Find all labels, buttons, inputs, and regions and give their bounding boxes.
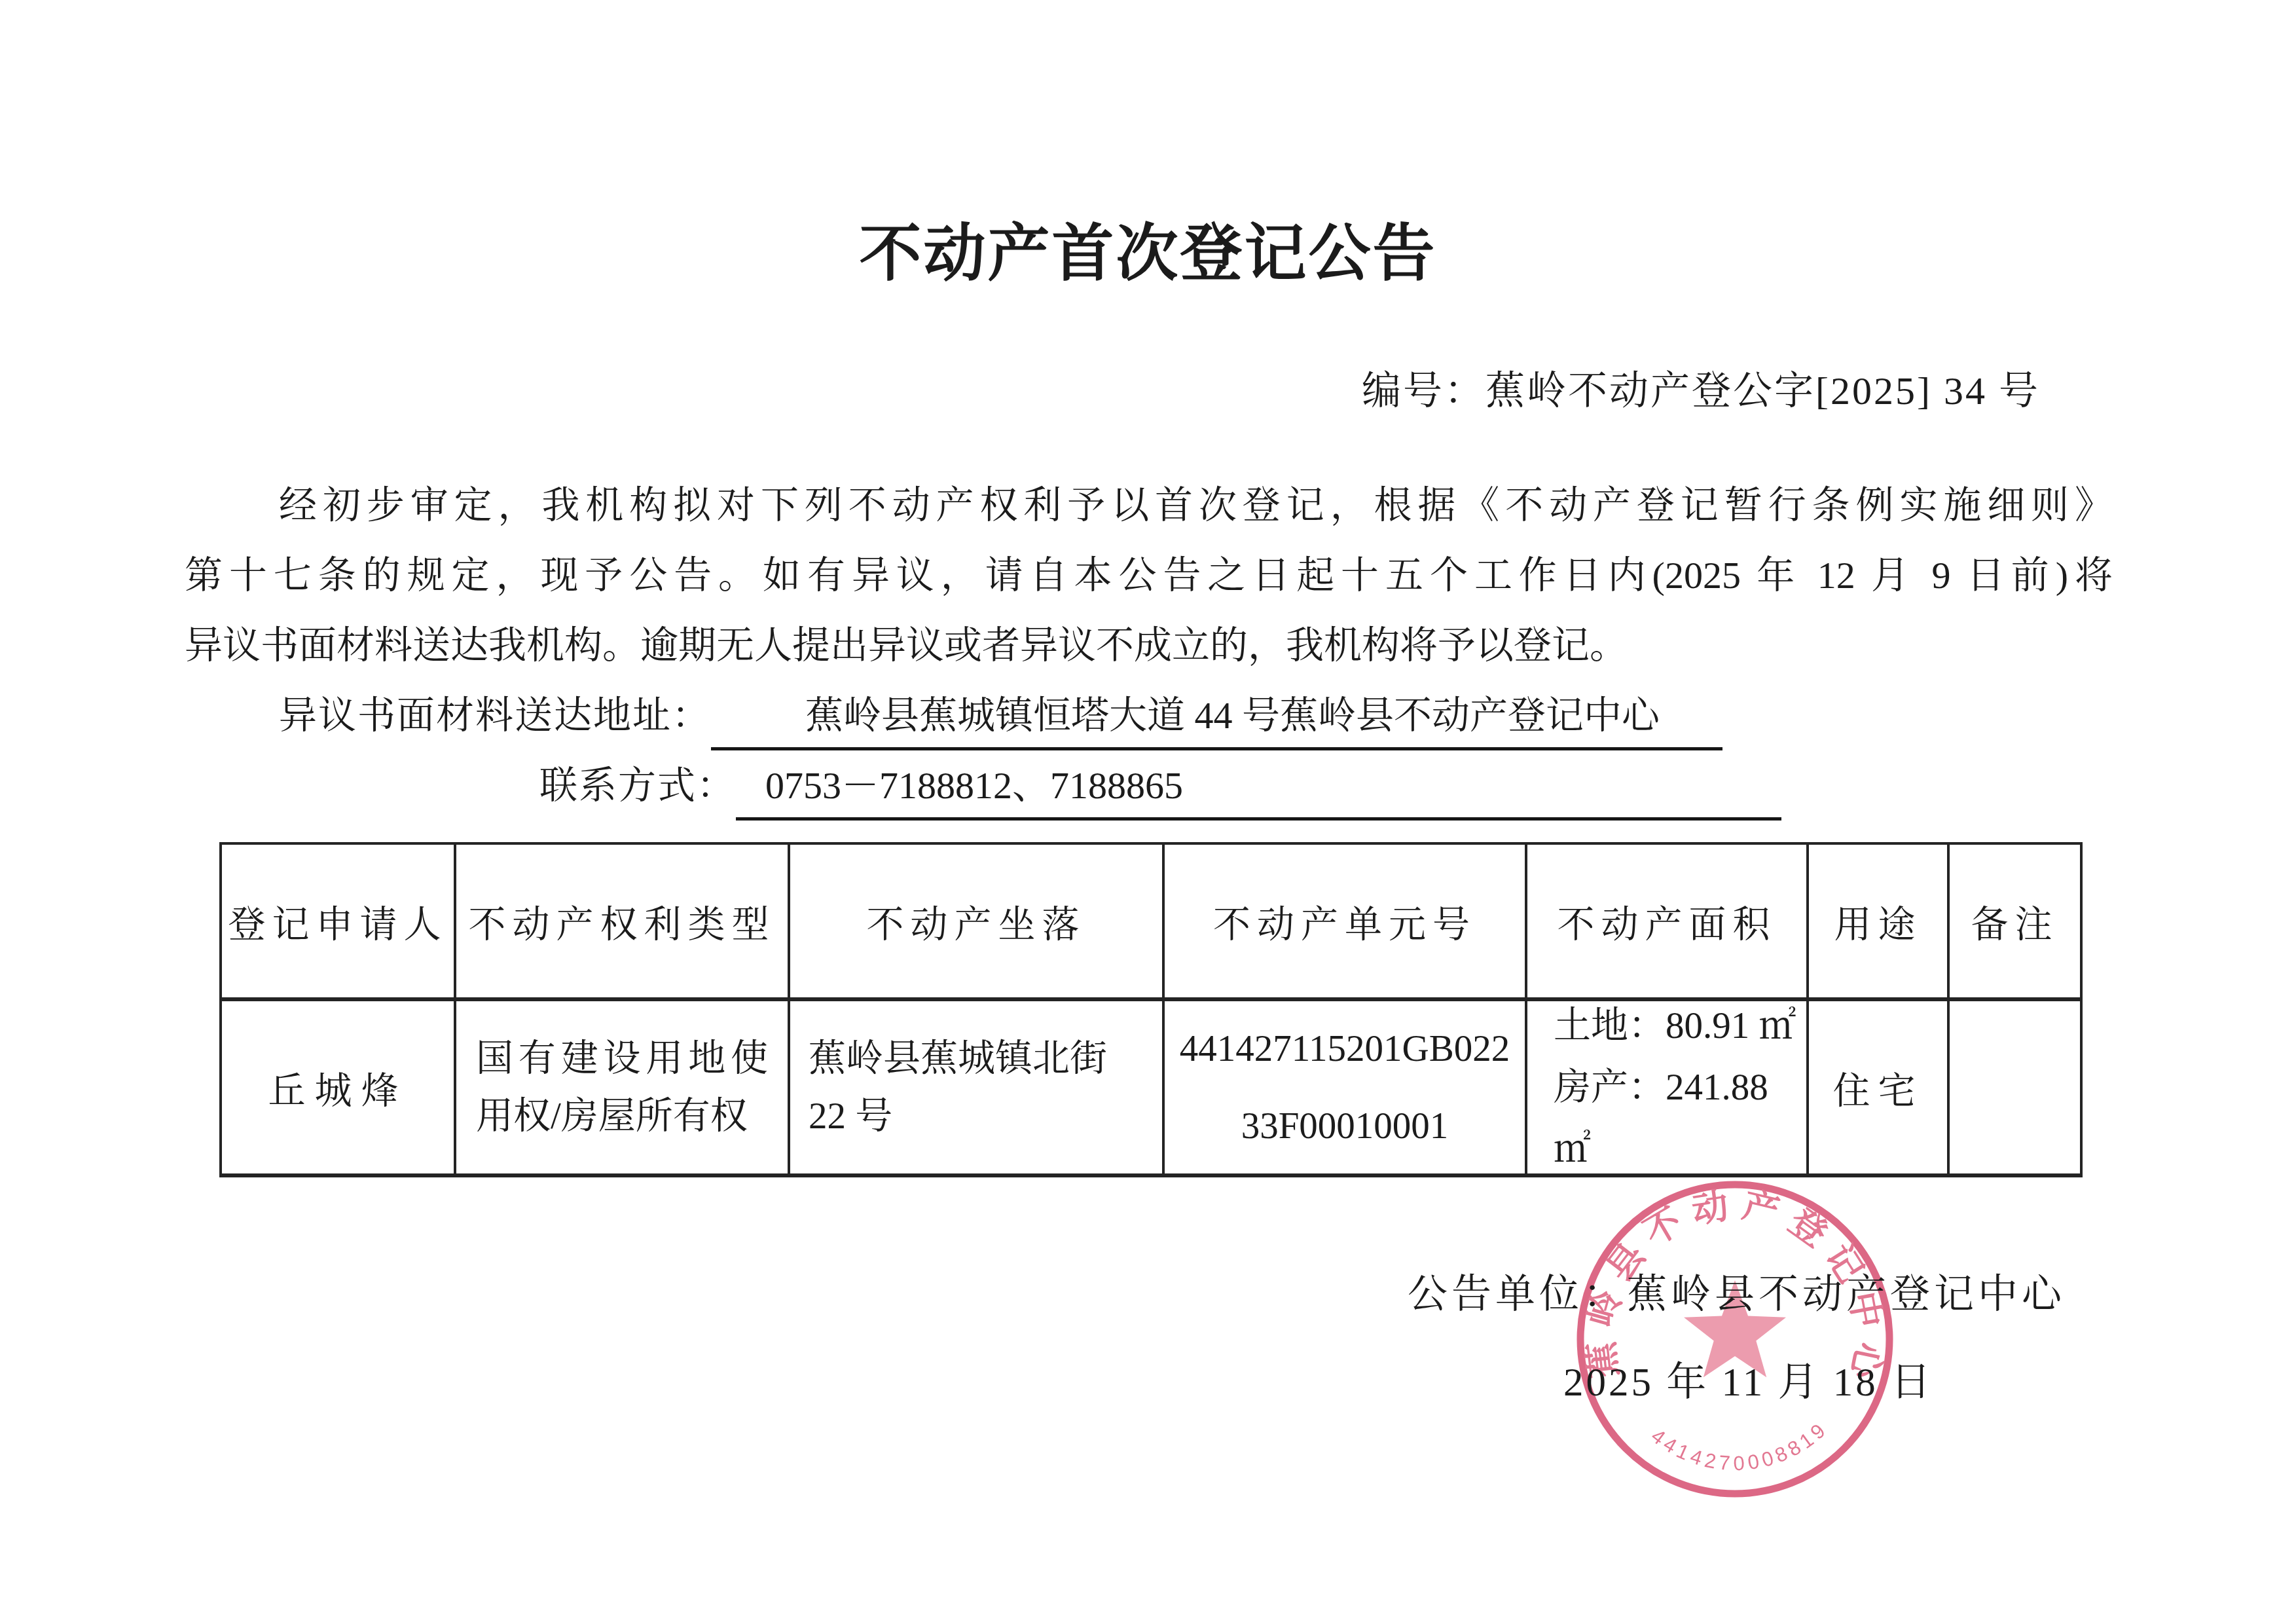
cell-applicant: 丘城烽 [222, 1001, 456, 1173]
col-header-applicant: 登记申请人 [222, 845, 456, 1001]
paragraph-line-2: 第十七条的规定，现予公告。如有异议，请自本公告之日起十五个工作日内(2025 年… [185, 540, 2113, 610]
page-title: 不动产首次登记公告 [0, 204, 2296, 293]
contact-value: 0753－7188812、7188865 [736, 754, 1781, 821]
unit-no-text: 441427115201GB022 33F00010001 [1165, 1010, 1525, 1165]
announcement-date: 2025 年 11 月 18 日 [1563, 1350, 1933, 1407]
col-header-location: 不动产坐落 [790, 845, 1165, 1001]
area-house: 房产：241.88 ㎡ [1554, 1057, 1806, 1180]
right-type-text: 国有建设用地使用权/房屋所有权 [476, 1030, 768, 1145]
unit-no-line-1: 441427115201GB022 [1165, 1010, 1525, 1088]
doc-number: 编号：蕉岭不动产登公字[2025] 34 号 [1362, 360, 2040, 416]
seal-code-text: 4414270008819 [1647, 1416, 1833, 1475]
address-value: 蕉岭县蕉城镇恒塔大道 44 号蕉岭县不动产登记中心 [711, 684, 1722, 750]
col-header-unit-no: 不动产单元号 [1165, 845, 1527, 1001]
contact-line: 联系方式：0753－7188812、7188865 [185, 750, 2113, 821]
area-land: 土地：80.91 ㎡ [1554, 995, 1806, 1057]
address-line: 异议书面材料送达地址：蕉岭县蕉城镇恒塔大道 44 号蕉岭县不动产登记中心 [185, 680, 2113, 750]
col-header-remark: 备注 [1950, 845, 2080, 1001]
cell-location: 蕉岭县蕉城镇北街22 号 [790, 1001, 1165, 1173]
cell-remark [1950, 1001, 2080, 1173]
cell-usage: 住宅 [1809, 1001, 1950, 1173]
announcing-unit-line: 公告单位：蕉岭县不动产登记中心 [1408, 1263, 2066, 1319]
cell-unit-no: 441427115201GB022 33F00010001 [1165, 1001, 1527, 1173]
unit-no-line-2: 33F00010001 [1165, 1088, 1525, 1165]
address-label: 异议书面材料送达地址： [279, 694, 711, 737]
col-header-area: 不动产面积 [1527, 845, 1809, 1001]
registration-table: 登记申请人 不动产权利类型 不动产坐落 不动产单元号 不动产面积 用途 备注 丘… [219, 842, 2083, 1177]
paragraph-line-1: 经初步审定，我机构拟对下列不动产权利予以首次登记，根据《不动产登记暂行条例实施细… [185, 470, 2113, 540]
contact-label: 联系方式： [539, 764, 736, 807]
official-seal-stamp: 蕉岭县不动产登记中心 4414270008819 [1573, 1177, 1897, 1502]
paragraph-line-3: 异议书面材料送达我机构。逾期无人提出异议或者异议不成立的，我机构将予以登记。 [185, 610, 2113, 680]
location-text: 蕉岭县蕉城镇北街22 号 [809, 1030, 1144, 1145]
document-page: 不动产首次登记公告 编号：蕉岭不动产登公字[2025] 34 号 经初步审定，我… [0, 0, 2296, 1624]
cell-area: 土地：80.91 ㎡ 房产：241.88 ㎡ [1527, 1001, 1809, 1173]
col-header-usage: 用途 [1809, 845, 1950, 1001]
body-paragraph: 经初步审定，我机构拟对下列不动产权利予以首次登记，根据《不动产登记暂行条例实施细… [185, 470, 2113, 821]
cell-right-type: 国有建设用地使用权/房屋所有权 [456, 1001, 790, 1173]
col-header-right-type: 不动产权利类型 [456, 845, 790, 1001]
area-text: 土地：80.91 ㎡ 房产：241.88 ㎡ [1527, 995, 1806, 1180]
